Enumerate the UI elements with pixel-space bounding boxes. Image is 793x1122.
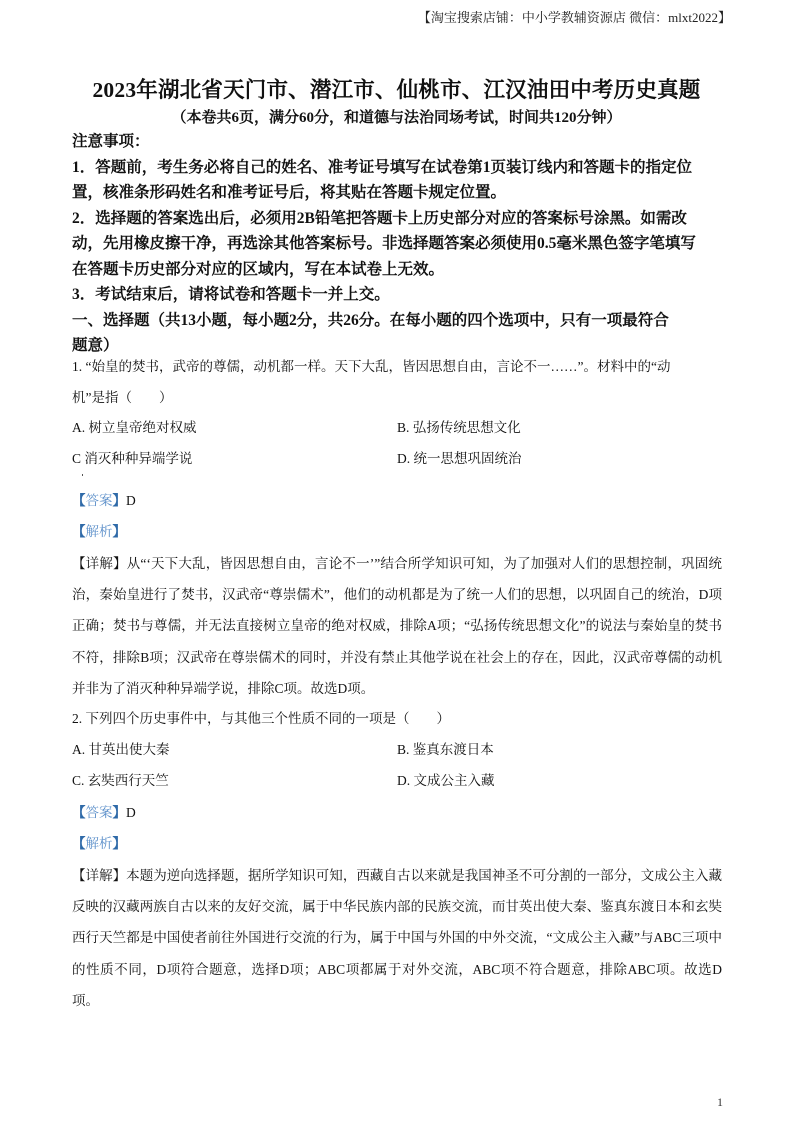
question-2-detail: 【详解】本题为逆向选择题，据所学知识可知，西藏自古以来就是我国神圣不可分割的一部… [72, 860, 722, 1016]
detail-text: 从“‘天下大乱，皆因思想自由，言论不一’”结合所学知识可知，为了加强对人们的思想… [72, 556, 722, 696]
page-title: 2023年湖北省天门市、潜江市、仙桃市、江汉油田中考历史真题 [0, 73, 793, 104]
answer-value: D [126, 493, 136, 508]
question-stem-line: 1. “始皇的焚书，武帝的尊儒，动机都一样。天下大乱，皆因思想自由，言论不一……… [72, 351, 722, 382]
question-2-answer: 【答案】D [72, 803, 136, 823]
question-stem-line: 2. 下列四个历史事件中，与其他三个性质不同的一项是（ ） [72, 709, 450, 729]
option-b: B. 弘扬传统思想文化 [397, 418, 521, 438]
option-a: A. 甘英出使大秦 [72, 740, 170, 760]
option-d: D. 统一思想巩固统治 [397, 449, 522, 469]
note-line: 2．选择题的答案选出后，必须用2B铅笔把答题卡上历史部分对应的答案标号涂黑。如需… [72, 206, 722, 232]
question-1-detail: 【详解】从“‘天下大乱，皆因思想自由，言论不一’”结合所学知识可知，为了加强对人… [72, 548, 722, 704]
question-2-analysis-tag: 【解析】 [72, 834, 126, 854]
shop-watermark: 【淘宝搜索店铺：中小学教辅资源店 微信：mlxt2022】 [418, 7, 731, 26]
question-2-options-row-1: A. 甘英出使大秦 B. 鉴真东渡日本 [72, 740, 722, 760]
option-d: D. 文成公主入藏 [397, 771, 495, 791]
note-line: 在答题卡历史部分对应的区域内，写在本试卷上无效。 [72, 257, 722, 283]
answer-tag: 【答案】 [72, 493, 126, 508]
stray-mark [82, 474, 83, 476]
question-1-options-row-2: C 消灭种种异端学说 D. 统一思想巩固统治 [72, 449, 722, 469]
question-1-options-row-1: A. 树立皇帝绝对权威 B. 弘扬传统思想文化 [72, 418, 722, 438]
question-1-answer: 【答案】D [72, 491, 136, 511]
analysis-tag: 【解析】 [72, 836, 126, 851]
question-2-stem: 2. 下列四个历史事件中，与其他三个性质不同的一项是（ ） [72, 709, 722, 729]
question-1-stem: 1. “始皇的焚书，武帝的尊儒，动机都一样。天下大乱，皆因思想自由，言论不一……… [72, 351, 722, 413]
note-line: 动，先用橡皮擦干净，再选涂其他答案标号。非选择题答案必须使用0.5毫米黑色签字笔… [72, 231, 722, 257]
detail-text: 本题为逆向选择题，据所学知识可知，西藏自古以来就是我国神圣不可分割的一部分，文成… [72, 868, 722, 1008]
section-heading: 一、选择题（共13小题，每小题2分，共26分。在每小题的四个选项中，只有一项最符… [72, 308, 722, 334]
page-number: 1 [717, 1095, 723, 1110]
note-line: 置，核准条形码姓名和准考证号后，将其贴在答题卡规定位置。 [72, 180, 722, 206]
option-c: C. 玄奘西行天竺 [72, 771, 169, 791]
option-a: A. 树立皇帝绝对权威 [72, 418, 197, 438]
question-stem-line: 机”是指（ ） [72, 382, 722, 413]
exam-subtitle: （本卷共6页，满分60分，和道德与法治同场考试，时间共120分钟） [0, 106, 793, 127]
detail-label: 【详解】 [72, 868, 126, 883]
note-line: 3．考试结束后，请将试卷和答题卡一并上交。 [72, 282, 722, 308]
note-line: 1．答题前，考生务必将自己的姓名、准考证号填写在试卷第1页装订线内和答题卡的指定… [72, 155, 722, 181]
detail-label: 【详解】 [72, 556, 127, 571]
analysis-tag: 【解析】 [72, 524, 126, 539]
option-c: C 消灭种种异端学说 [72, 449, 192, 469]
answer-tag: 【答案】 [72, 805, 126, 820]
option-b: B. 鉴真东渡日本 [397, 740, 494, 760]
answer-value: D [126, 805, 136, 820]
notes-section: 注意事项： 1．答题前，考生务必将自己的姓名、准考证号填写在试卷第1页装订线内和… [72, 129, 722, 359]
question-1-analysis-tag: 【解析】 [72, 522, 126, 542]
question-2-options-row-2: C. 玄奘西行天竺 D. 文成公主入藏 [72, 771, 722, 791]
notes-heading: 注意事项： [72, 129, 722, 155]
